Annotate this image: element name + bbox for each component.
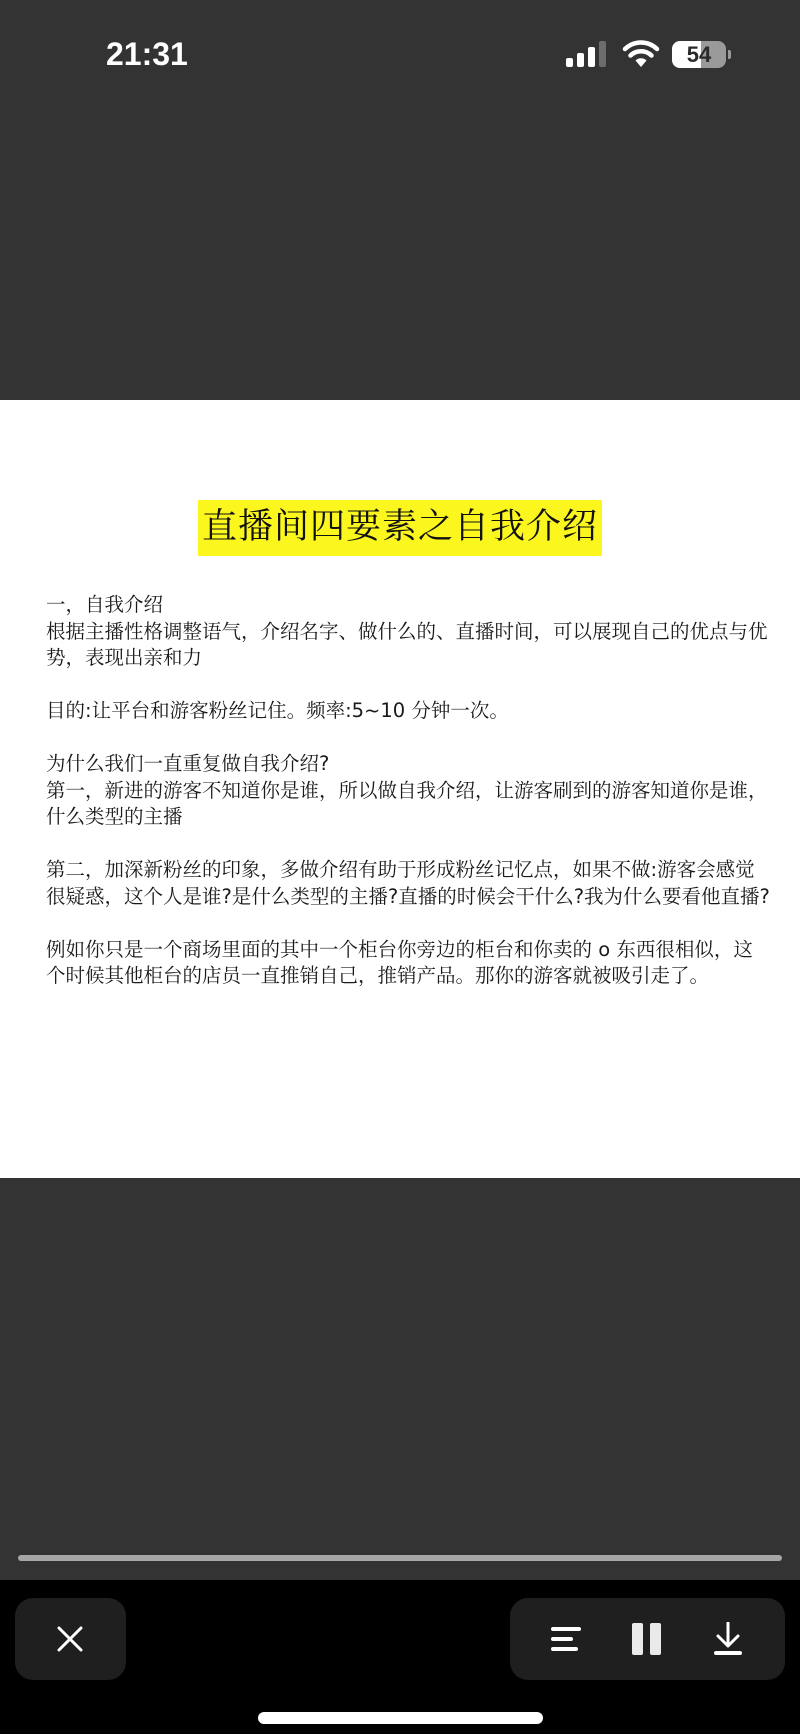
download-button[interactable] [698,1598,758,1680]
battery-percent: 54 [672,41,726,68]
close-button[interactable] [15,1598,126,1680]
spacer [46,910,770,937]
battery-tip [728,50,731,59]
document-title-wrap: 直播间四要素之自我介绍 [0,500,800,556]
spacer [46,725,770,752]
status-bar: 21:31 54 [0,0,800,110]
video-scrubber[interactable] [18,1555,782,1561]
battery-icon: 54 [672,41,726,68]
close-icon [56,1625,84,1653]
section-heading: 一，自我介绍 [46,592,770,619]
paragraph: 第二，加深新粉丝的印象，多做介绍有助于形成粉丝记忆点，如果不做:游客会感觉很疑惑… [46,857,770,910]
bottom-toolbar [0,1580,800,1734]
paragraph: 根据主播性格调整语气，介绍名字、做什么的、直播时间，可以展现自己的优点与优势，表… [46,619,770,672]
paragraph: 第一，新进的游客不知道你是谁，所以做自我介绍，让游客刷到的游客知道你是谁，什么类… [46,778,770,831]
paragraph: 例如你只是一个商场里面的其中一个柜台你旁边的柜台和你卖的 o 东西很相似，这个时… [46,937,770,990]
close-icon-wrap [40,1598,100,1680]
document-title: 直播间四要素之自我介绍 [198,500,602,556]
download-icon [713,1622,743,1656]
pause-button[interactable] [617,1598,677,1680]
paragraph: 为什么我们一直重复做自我介绍? [46,751,770,778]
media-controls [510,1598,785,1680]
home-indicator[interactable] [258,1712,543,1724]
spacer [46,672,770,699]
document-body: 一，自我介绍 根据主播性格调整语气，介绍名字、做什么的、直播时间，可以展现自己的… [46,592,770,990]
cellular-signal-icon [566,41,610,67]
paragraph: 目的:让平台和游客粉丝记住。频率:5~10 分钟一次。 [46,698,770,725]
list-button[interactable] [536,1598,596,1680]
wifi-icon [622,40,660,68]
status-time: 21:31 [106,36,188,73]
spacer [46,831,770,858]
pause-icon [632,1623,662,1655]
document-image: 直播间四要素之自我介绍 一，自我介绍 根据主播性格调整语气，介绍名字、做什么的、… [0,400,800,1178]
list-icon [551,1625,581,1653]
